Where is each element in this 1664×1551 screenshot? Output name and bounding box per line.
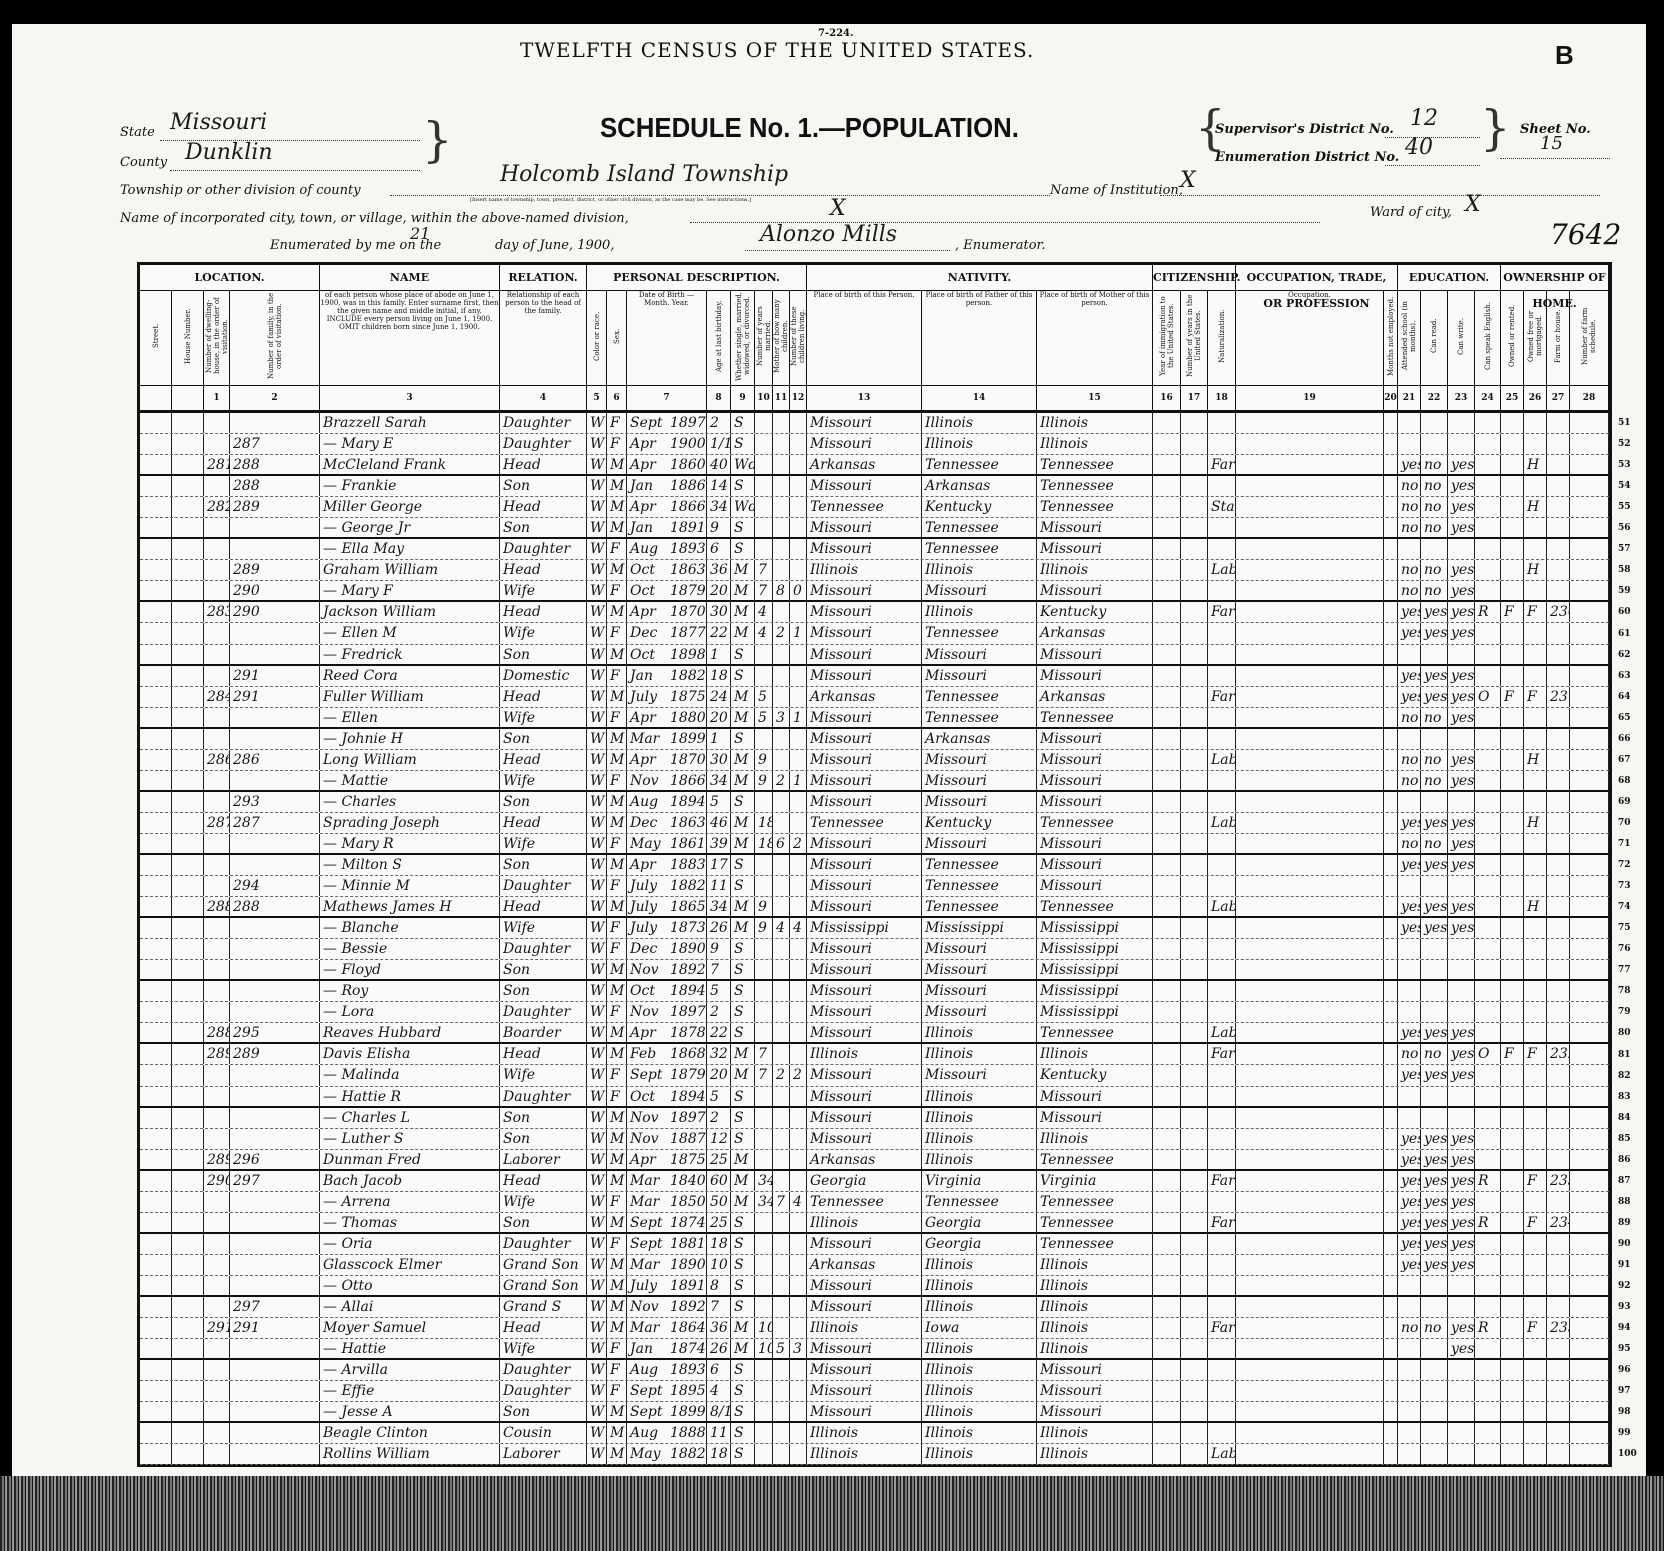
cell-occ — [1208, 729, 1236, 749]
cell-pob: Missouri — [807, 1065, 922, 1085]
cell-dwelling — [204, 645, 230, 664]
cell-marital: M — [731, 581, 755, 600]
cell-occ — [1208, 623, 1236, 643]
cell-race: W — [587, 1276, 607, 1295]
cell-month: Sept — [627, 1402, 667, 1421]
cell-dwelling — [204, 960, 230, 979]
cell-eng: yes — [1448, 1150, 1475, 1169]
cell-own — [1475, 750, 1501, 770]
cell-year: 1870 — [667, 750, 707, 770]
cell-eng — [1448, 939, 1475, 959]
cell-sched — [1547, 1423, 1570, 1443]
cell-sched — [1547, 813, 1570, 833]
cell-ym: 7 — [755, 560, 773, 580]
cell-eng: yes — [1448, 1065, 1475, 1085]
cell-name: — Mary R — [320, 834, 500, 853]
line-number: 51 — [1618, 418, 1631, 428]
scan-noise-bottom — [0, 1476, 1664, 1551]
cell-sched: 232 — [1547, 1044, 1570, 1064]
column-header: Mother of how many children. — [773, 291, 790, 385]
cell-fpob: Illinois — [922, 1297, 1037, 1317]
cell-write: yes — [1421, 602, 1448, 622]
cell-year: 1891 — [667, 518, 707, 537]
cell-occ: Laborer (Log roller) — [1208, 813, 1236, 833]
cell-occ — [1208, 771, 1236, 790]
cell-occ — [1208, 645, 1236, 664]
cell-pob: Illinois — [807, 1423, 922, 1443]
cell-fpob: Illinois — [922, 1023, 1037, 1042]
line-number: 92 — [1618, 1281, 1631, 1291]
cell-marital: S — [731, 1360, 755, 1380]
cell-age: 36 — [707, 1318, 731, 1338]
cell-year: 1899 — [667, 729, 707, 749]
cell-own — [1475, 476, 1501, 496]
table-row: — Ella MayDaughterWFAug18936SMissouriTen… — [140, 539, 1609, 560]
cell-fpob: Missouri — [922, 750, 1037, 770]
cell-mc — [773, 1402, 790, 1421]
column-header: Street. — [140, 291, 172, 385]
cell-sex: M — [607, 1276, 627, 1295]
cell-age: 5 — [707, 1087, 731, 1106]
cell-ym — [755, 518, 773, 537]
cell-year: 1860 — [667, 455, 707, 474]
cell-sched: 230 — [1547, 602, 1570, 622]
line-number: 64 — [1618, 692, 1631, 702]
cell-mpob: Tennessee — [1037, 476, 1153, 496]
cell-farm — [1524, 581, 1547, 600]
cell-ym — [755, 939, 773, 959]
cell-race: W — [587, 1444, 607, 1464]
cell-farm — [1524, 1444, 1547, 1464]
cell-own — [1475, 960, 1501, 979]
cell-relation: Wife — [500, 1339, 587, 1358]
cell-age: 11 — [707, 876, 731, 896]
cell-marital: S — [731, 1255, 755, 1275]
cell-mc: 3 — [773, 708, 790, 727]
cell-eng — [1448, 876, 1475, 896]
cell-mpob: Illinois — [1037, 1129, 1153, 1149]
township-label: Township or other division of county — [120, 183, 361, 198]
line-number: 72 — [1618, 860, 1631, 870]
cell-cl — [790, 1318, 807, 1338]
cell-age: 18 — [707, 1444, 731, 1464]
cell-free — [1501, 708, 1524, 727]
cell-occ: Farmer — [1208, 1318, 1236, 1338]
cell-occ: Laborer (Cut off saw) — [1208, 560, 1236, 580]
cell-ym — [755, 666, 773, 686]
cell-eng: yes — [1448, 918, 1475, 938]
cell-write — [1421, 876, 1448, 896]
cell-farm: H — [1524, 497, 1547, 517]
cell-relation: Grand Son — [500, 1276, 587, 1295]
cell-ym: 7 — [755, 1044, 773, 1064]
column-number: 19 — [1236, 385, 1384, 410]
supervisor-label: Supervisor's District No. — [1215, 122, 1394, 137]
cell-eng — [1448, 1381, 1475, 1401]
cell-year: 1868 — [667, 1044, 707, 1064]
ward-value: X — [1465, 192, 1481, 217]
cell-mpob: Tennessee — [1037, 1234, 1153, 1254]
cell-mpob: Missouri — [1037, 1087, 1153, 1106]
cell-mc — [773, 1171, 790, 1191]
cell-dwelling — [204, 560, 230, 580]
cell-sex: M — [607, 518, 627, 537]
cell-name: — Ella May — [320, 539, 500, 559]
table-row: — BlancheWifeWFJuly187326M944Mississippi… — [140, 918, 1609, 939]
cell-fpob: Illinois — [922, 413, 1037, 433]
line-number: 99 — [1618, 1428, 1631, 1438]
cell-read: yes — [1398, 897, 1421, 916]
cell-name: — Bessie — [320, 939, 500, 959]
cell-occ: Farmer — [1208, 1213, 1236, 1232]
cell-read: yes — [1398, 455, 1421, 474]
cell-read — [1398, 1360, 1421, 1380]
cell-eng: yes — [1448, 897, 1475, 916]
cell-eng: yes — [1448, 623, 1475, 643]
cell-month: Apr — [627, 708, 667, 727]
cell-cl — [790, 1087, 807, 1106]
cell-occ — [1208, 1065, 1236, 1085]
cell-relation: Son — [500, 792, 587, 812]
cell-fpob: Missouri — [922, 834, 1037, 853]
cell-race: W — [587, 1129, 607, 1149]
cell-ym — [755, 1402, 773, 1421]
cell-fpob: Virginia — [922, 1171, 1037, 1191]
cell-eng: yes — [1448, 855, 1475, 875]
cell-age: 5 — [707, 792, 731, 812]
cell-fpob: Tennessee — [922, 518, 1037, 537]
cell-marital: S — [731, 939, 755, 959]
column-header: of each person whose place of abode on J… — [320, 291, 500, 385]
cell-eng: yes — [1448, 1129, 1475, 1149]
cell-age: 12 — [707, 1129, 731, 1149]
cell-relation: Head — [500, 1318, 587, 1338]
cell-sex: F — [607, 666, 627, 686]
cell-read — [1398, 1444, 1421, 1464]
cell-family — [230, 413, 320, 433]
cell-age: 14 — [707, 476, 731, 496]
cell-name: Rollins William — [320, 1444, 500, 1464]
cell-year: 1878 — [667, 1023, 707, 1042]
cell-year: 1850 — [667, 1192, 707, 1212]
cell-cl — [790, 939, 807, 959]
cell-sched — [1547, 918, 1570, 938]
cell-relation: Head — [500, 455, 587, 474]
cell-month: Apr — [627, 434, 667, 454]
cell-free — [1501, 918, 1524, 938]
column-group-header: EDUCATION. — [1398, 265, 1501, 291]
cell-free — [1501, 413, 1524, 433]
cell-marital: M — [731, 834, 755, 853]
cell-year: 1875 — [667, 687, 707, 707]
cell-free — [1501, 897, 1524, 916]
table-row: — FredrickSonWMOct18981SMissouriMissouri… — [140, 645, 1609, 666]
cell-year: 1879 — [667, 1065, 707, 1085]
cell-eng — [1448, 1002, 1475, 1022]
cell-free — [1501, 1002, 1524, 1022]
line-number: 63 — [1618, 671, 1631, 681]
cell-sex: M — [607, 1423, 627, 1443]
cell-mc — [773, 1002, 790, 1022]
cell-family — [230, 1002, 320, 1022]
cell-sched — [1547, 497, 1570, 517]
cell-eng: yes — [1448, 476, 1475, 496]
cell-farm: H — [1524, 897, 1547, 916]
cell-mpob: Tennessee — [1037, 455, 1153, 474]
cell-family: 291 — [230, 666, 320, 686]
cell-mpob: Mississippi — [1037, 1002, 1153, 1022]
column-number: 9 — [731, 385, 755, 410]
cell-month: Apr — [627, 1023, 667, 1042]
cell-farm — [1524, 1297, 1547, 1317]
cell-pob: Missouri — [807, 518, 922, 537]
cell-year: 1879 — [667, 581, 707, 600]
cell-own — [1475, 771, 1501, 790]
line-number: 77 — [1618, 965, 1631, 975]
cell-marital: M — [731, 560, 755, 580]
cell-read — [1398, 960, 1421, 979]
column-number: 27 — [1547, 385, 1570, 410]
cell-month: Jan — [627, 476, 667, 496]
cell-name: Dunman Fred — [320, 1150, 500, 1169]
cell-marital: S — [731, 1129, 755, 1149]
cell-farm: H — [1524, 560, 1547, 580]
cell-mc — [773, 497, 790, 517]
scan-border-right — [1646, 0, 1664, 1551]
cell-sched — [1547, 1150, 1570, 1169]
cell-age: 18 — [707, 666, 731, 686]
line-number: 83 — [1618, 1092, 1631, 1102]
cell-age: 24 — [707, 687, 731, 707]
cell-year: 1875 — [667, 1150, 707, 1169]
cell-occ — [1208, 708, 1236, 727]
cell-age: 8/12 — [707, 1402, 731, 1421]
cell-pob: Missouri — [807, 792, 922, 812]
cell-mpob: Mississippi — [1037, 939, 1153, 959]
cell-month: July — [627, 876, 667, 896]
cell-pob: Missouri — [807, 1276, 922, 1295]
column-number: 16 — [1153, 385, 1181, 410]
cell-month: Mar — [627, 1255, 667, 1275]
cell-age: 34 — [707, 497, 731, 517]
table-header: LOCATION.NAMERELATION.PERSONAL DESCRIPTI… — [140, 265, 1609, 413]
cell-ym — [755, 1087, 773, 1106]
cell-relation: Son — [500, 960, 587, 979]
cell-read — [1398, 1087, 1421, 1106]
cell-ym — [755, 1444, 773, 1464]
cell-pob: Illinois — [807, 1044, 922, 1064]
cell-mpob: Missouri — [1037, 666, 1153, 686]
cell-ym — [755, 1381, 773, 1401]
cell-read: yes — [1398, 1192, 1421, 1212]
cell-eng: yes — [1448, 1339, 1475, 1358]
cell-year: 1895 — [667, 1381, 707, 1401]
cell-free — [1501, 1339, 1524, 1358]
cell-race: W — [587, 1234, 607, 1254]
column-number — [172, 385, 204, 410]
cell-family: 288 — [230, 897, 320, 916]
cell-fpob: Tennessee — [922, 1192, 1037, 1212]
cell-month: Nov — [627, 960, 667, 979]
table-row: — BessieDaughterWFDec18909SMissouriMisso… — [140, 939, 1609, 960]
cell-fpob: Illinois — [922, 1255, 1037, 1275]
cell-free — [1501, 939, 1524, 959]
cell-own — [1475, 1360, 1501, 1380]
cell-marital: S — [731, 434, 755, 454]
cell-pob: Missouri — [807, 876, 922, 896]
cell-year: 1861 — [667, 834, 707, 853]
cell-farm: F — [1524, 1044, 1547, 1064]
cell-cl — [790, 476, 807, 496]
cell-farm — [1524, 666, 1547, 686]
township-value: Holcomb Island Township — [500, 162, 788, 187]
cell-read: yes — [1398, 602, 1421, 622]
cell-ym: 7 — [755, 581, 773, 600]
cell-mc — [773, 1255, 790, 1275]
column-header: Owned or rented. — [1501, 291, 1524, 385]
cell-write: yes — [1421, 666, 1448, 686]
cell-ym: 10 — [755, 1339, 773, 1358]
cell-free — [1501, 560, 1524, 580]
cell-pob: Missouri — [807, 1108, 922, 1128]
cell-ym — [755, 497, 773, 517]
cell-occ — [1208, 434, 1236, 454]
cell-relation: Head — [500, 602, 587, 622]
table-row: 291Reed CoraDomesticWFJan188218SMissouri… — [140, 666, 1609, 687]
county-label: County — [120, 155, 167, 170]
cell-name: — Charles — [320, 792, 500, 812]
cell-year: 1897 — [667, 1002, 707, 1022]
cell-fpob: Illinois — [922, 560, 1037, 580]
table-row: 289289Davis ElishaHeadWMFeb186832M7Illin… — [140, 1044, 1609, 1065]
cell-free — [1501, 1444, 1524, 1464]
cell-mc — [773, 434, 790, 454]
census-sheet: 7-224. TWELFTH CENSUS OF THE UNITED STAT… — [10, 0, 1650, 1551]
cell-read: no — [1398, 581, 1421, 600]
cell-age: 9 — [707, 518, 731, 537]
cell-month: Nov — [627, 1297, 667, 1317]
cell-family: 287 — [230, 434, 320, 454]
cell-sched — [1547, 1339, 1570, 1358]
cell-cl — [790, 539, 807, 559]
cell-mc — [773, 876, 790, 896]
cell-free — [1501, 1087, 1524, 1106]
cell-dwelling: 289 — [204, 1150, 230, 1169]
census-title: TWELFTH CENSUS OF THE UNITED STATES. — [520, 38, 1034, 62]
line-number: 66 — [1618, 734, 1631, 744]
cell-marital: M — [731, 623, 755, 643]
cell-mpob: Missouri — [1037, 518, 1153, 537]
cell-fpob: Illinois — [922, 1423, 1037, 1443]
cell-free — [1501, 981, 1524, 1001]
cell-sched — [1547, 939, 1570, 959]
cell-mpob: Missouri — [1037, 1402, 1153, 1421]
cell-race: W — [587, 708, 607, 727]
cell-ym: 9 — [755, 771, 773, 790]
cell-ym: 4 — [755, 623, 773, 643]
table-row: — LoraDaughterWFNov18972SMissouriMissour… — [140, 1002, 1609, 1023]
cell-eng — [1448, 729, 1475, 749]
cell-free — [1501, 1276, 1524, 1295]
cell-occ — [1208, 1381, 1236, 1401]
cell-sched — [1547, 708, 1570, 727]
cell-year: 1873 — [667, 918, 707, 938]
cell-pob: Missouri — [807, 750, 922, 770]
cell-mc — [773, 750, 790, 770]
cell-cl — [790, 1402, 807, 1421]
cell-write — [1421, 792, 1448, 812]
cell-age: 1/12 — [707, 434, 731, 454]
cell-sched — [1547, 1255, 1570, 1275]
cell-free — [1501, 1171, 1524, 1191]
column-header: Number of farm schedule. — [1570, 291, 1609, 385]
cell-ym — [755, 1234, 773, 1254]
cell-relation: Daughter — [500, 939, 587, 959]
cell-marital: M — [731, 918, 755, 938]
cell-farm — [1524, 1423, 1547, 1443]
cell-farm — [1524, 981, 1547, 1001]
cell-pob: Missouri — [807, 729, 922, 749]
cell-pob: Missouri — [807, 1381, 922, 1401]
cell-own: R — [1475, 602, 1501, 622]
cell-cl — [790, 1023, 807, 1042]
cell-own — [1475, 939, 1501, 959]
cell-fpob: Illinois — [922, 1044, 1037, 1064]
cell-cl — [790, 1276, 807, 1295]
line-number: 74 — [1618, 902, 1631, 912]
cell-eng: yes — [1448, 750, 1475, 770]
cell-relation: Wife — [500, 581, 587, 600]
cell-year: 1894 — [667, 1087, 707, 1106]
cell-own — [1475, 1297, 1501, 1317]
cell-read — [1398, 1423, 1421, 1443]
cell-relation: Head — [500, 897, 587, 916]
cell-race: W — [587, 960, 607, 979]
cell-farm — [1524, 1087, 1547, 1106]
cell-month: Aug — [627, 539, 667, 559]
cell-eng: yes — [1448, 518, 1475, 537]
cell-name: — Mary F — [320, 581, 500, 600]
cell-month: Nov — [627, 1129, 667, 1149]
cell-pob: Missouri — [807, 1234, 922, 1254]
cell-sex: M — [607, 792, 627, 812]
table-row: — OriaDaughterWFSept188118SMissouriGeorg… — [140, 1234, 1609, 1255]
cell-year: 1880 — [667, 708, 707, 727]
cell-ym — [755, 1108, 773, 1128]
table-row: — RoySonWMOct18945SMissouriMissouriMissi… — [140, 981, 1609, 1002]
cell-age: 40 — [707, 455, 731, 474]
line-number: 79 — [1618, 1007, 1631, 1017]
column-number: 10 — [755, 385, 773, 410]
cell-occ — [1208, 518, 1236, 537]
cell-dwelling — [204, 1402, 230, 1421]
cell-family — [230, 518, 320, 537]
cell-year: 1883 — [667, 855, 707, 875]
cell-own — [1475, 413, 1501, 433]
cell-pob: Arkansas — [807, 1150, 922, 1169]
cell-family: 290 — [230, 602, 320, 622]
cell-fpob: Missouri — [922, 1065, 1037, 1085]
cell-pob: Missouri — [807, 666, 922, 686]
cell-marital: S — [731, 1444, 755, 1464]
cell-dwelling: 289 — [204, 1044, 230, 1064]
cell-marital: S — [731, 539, 755, 559]
cell-mpob: Arkansas — [1037, 687, 1153, 707]
cell-month: Oct — [627, 581, 667, 600]
cell-dwelling — [204, 1192, 230, 1212]
cell-cl — [790, 666, 807, 686]
cell-mpob: Missouri — [1037, 876, 1153, 896]
